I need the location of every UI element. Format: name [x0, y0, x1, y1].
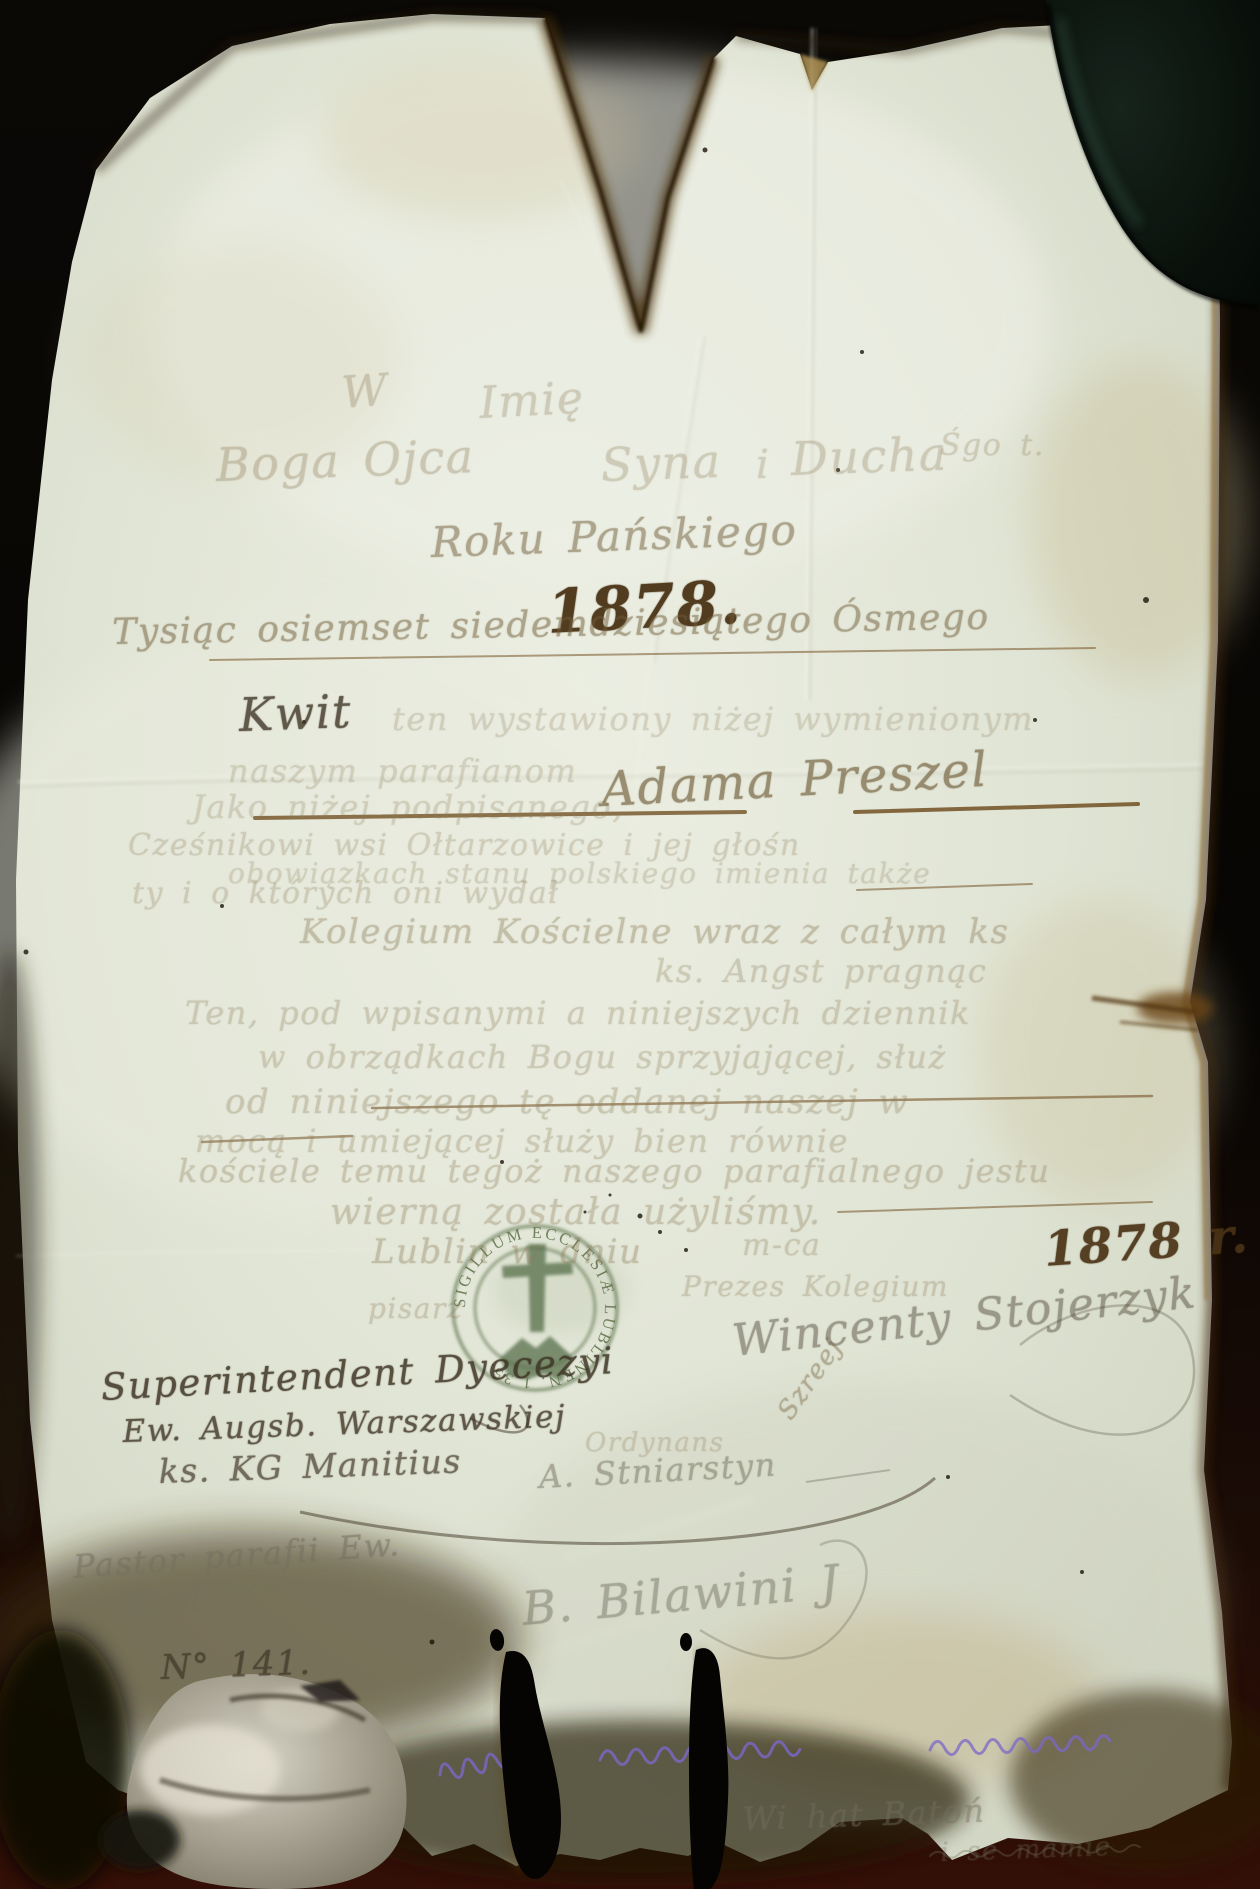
- ink-spot: [684, 1248, 688, 1252]
- ink-spot: [609, 1194, 612, 1197]
- ink-spot: [24, 950, 29, 955]
- ink-spot: [703, 148, 708, 153]
- ink-spot: [430, 1640, 435, 1645]
- lump-highlight: [140, 1725, 280, 1815]
- photograph-of-document: SIGILLUM ECCLESIÆ LUBLINEN. 1.35.: [0, 0, 1260, 1889]
- ink-spot: [860, 350, 864, 354]
- ink-spot: [946, 1475, 950, 1479]
- ink-spot: [1143, 597, 1149, 603]
- ink-spot: [220, 904, 224, 908]
- ink-spot: [1033, 718, 1037, 722]
- ink-spot: [638, 1214, 643, 1219]
- ink-spot: [836, 468, 840, 472]
- burn-hole: [680, 1633, 692, 1651]
- ink-spot: [302, 720, 306, 724]
- ink-spot: [658, 1230, 662, 1234]
- document-photo-canvas: SIGILLUM ECCLESIÆ LUBLINEN. 1.35.: [0, 0, 1260, 1889]
- ink-spot: [1080, 1570, 1084, 1574]
- ink-spot: [500, 1160, 504, 1164]
- ink-spot: [584, 1211, 587, 1214]
